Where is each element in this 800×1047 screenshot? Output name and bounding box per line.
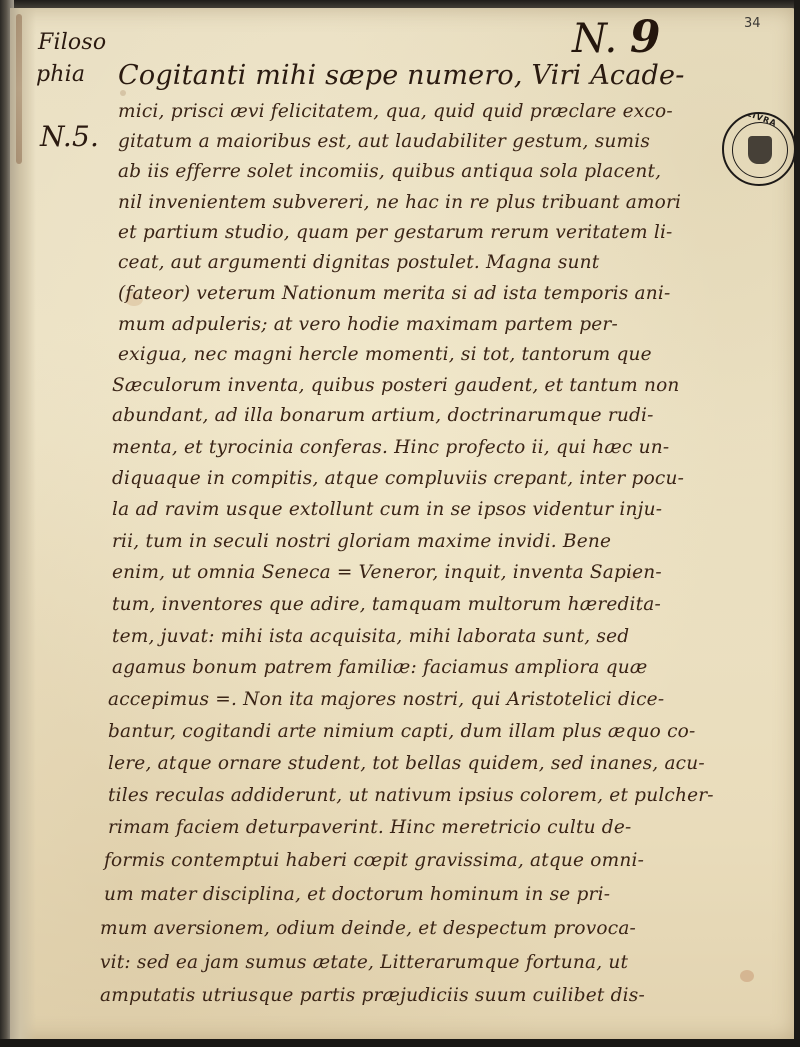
manuscript-line: Sæculorum inventa, quibus posteri gauden… (112, 375, 680, 396)
manuscript-line: lere, atque ornare student, tot bellas q… (108, 753, 705, 774)
manuscript-line: ceat, aut argumenti dignitas postulet. M… (118, 252, 599, 273)
manuscript-line: mum adpuleris; at vero hodie maximam par… (118, 314, 618, 335)
manuscript-line: ab iis efferre solet incomiis, quibus an… (118, 161, 661, 182)
manuscript-line: tiles reculas addiderunt, ut nativum ips… (108, 785, 714, 806)
torn-left-margin (10, 8, 36, 1040)
manuscript-line: et partium studio, quam per gestarum rer… (118, 222, 673, 243)
manuscript-line: bantur, cogitandi arte nimium capti, dum… (108, 721, 695, 742)
stamp-emblem-icon (748, 136, 772, 164)
manuscript-line: exigua, nec magni hercle momenti, si tot… (118, 344, 652, 365)
manuscript-line: diquaque in compitis, atque compluviis c… (112, 468, 684, 489)
manuscript-line-1: Cogitanti mihi sæpe numero, Viri Acade- (118, 60, 685, 91)
manuscript-scan: 34 N. 9 Filoso phia N.5. LIVRA Cogitanti… (0, 0, 800, 1047)
document-number-mark: N. 9 (572, 12, 661, 63)
manuscript-line: mum aversionem, odium deinde, et despect… (100, 918, 636, 939)
margin-note-filoso: Filoso (38, 30, 106, 55)
margin-note-phia: phia (36, 62, 85, 87)
manuscript-line: mici, prisci ævi felicitatem, qua, quid … (118, 101, 673, 122)
manuscript-line: menta, et tyrocinia conferas. Hinc profe… (112, 437, 669, 458)
library-stamp: LIVRA (722, 112, 796, 186)
margin-note-n5: N.5. (40, 120, 99, 153)
manuscript-line: vit: sed ea jam sumus ætate, Litterarumq… (100, 952, 628, 973)
manuscript-line: tem, juvat: mihi ista acquisita, mihi la… (112, 626, 629, 647)
manuscript-line: amputatis utriusque partis præjudiciis s… (100, 985, 645, 1006)
manuscript-line: abundant, ad illa bonarum artium, doctri… (112, 405, 654, 426)
manuscript-line: formis contemptui haberi cœpit gravissim… (104, 850, 644, 871)
manuscript-line: enim, ut omnia Seneca = Veneror, inquit,… (112, 562, 662, 583)
manuscript-line: la ad ravim usque extollunt cum in se ip… (112, 499, 662, 520)
stamp-text: LIVRA (745, 112, 778, 128)
manuscript-line: tum, inventores que adire, tamquam multo… (112, 594, 661, 615)
manuscript-line: um mater disciplina, et doctorum hominum… (104, 884, 610, 905)
stain-spot (740, 970, 754, 982)
manuscript-line: gitatum a maioribus est, aut laudabilite… (118, 131, 650, 152)
number-digit: 9 (630, 12, 661, 63)
number-prefix: N. (572, 16, 617, 62)
manuscript-line: agamus bonum patrem familiæ: faciamus am… (112, 657, 647, 678)
manuscript-line: rii, tum in seculi nostri gloriam maxime… (112, 531, 611, 552)
manuscript-line: nil invenientem subvereri, ne hac in re … (118, 192, 681, 213)
scan-bottom-edge (0, 1039, 800, 1047)
manuscript-line: accepimus =. Non ita majores nostri, qui… (108, 689, 664, 710)
folio-number: 34 (744, 16, 761, 31)
manuscript-line: rimam faciem deturpaverint. Hinc meretri… (108, 817, 631, 838)
manuscript-line: (fateor) veterum Nationum merita si ad i… (118, 283, 670, 304)
